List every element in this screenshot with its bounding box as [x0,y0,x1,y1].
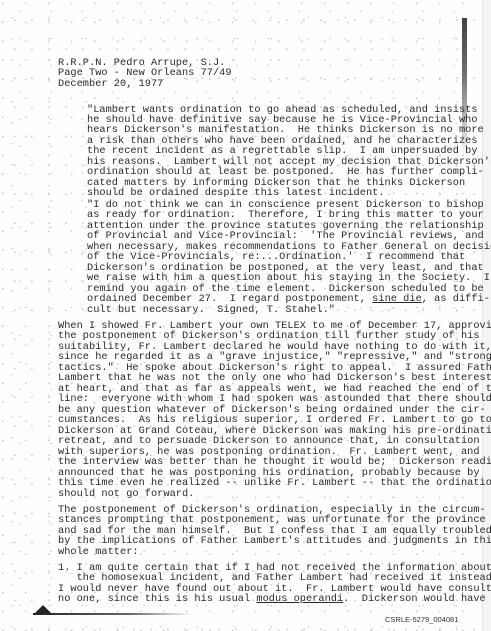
text-line: of the Vice-Provincials, re:...Ordinatio… [87,252,465,263]
text-line: whole matter: [58,547,139,558]
text-line: by the implications of Father Lambert's … [58,536,491,547]
text-line: hears Dickerson's manifestation. He thin… [87,125,484,136]
text-line: the recent incident as a regrettable sli… [87,146,478,157]
text-line: line: everyone with whom I had spoken wa… [58,394,491,405]
document-page: R.R.P.N. Pedro Arrupe, S.J. Page Two - N… [0,0,491,631]
text-line: the interview was better than he thought… [58,457,491,468]
text-line: retreat, and to persuade Dickerson to an… [58,436,480,447]
underlined-latin-phrase: sine die [372,293,422,305]
text-line: should be ordained despite this latest i… [87,188,385,199]
text-line: we raise with him a question about his s… [87,273,490,284]
text-line: stances prompting that postponement, was… [58,515,486,526]
header-date: December 20, 1977 [58,79,163,90]
text-line: since he regarded it as a "grave injusti… [58,352,491,363]
text-line: the homosexual incident, and Father Lamb… [58,573,491,584]
bates-number: CSRLE-5279_004081 [385,615,458,624]
underlined-latin-phrase: modus operandi [256,593,343,605]
text-segment: , as diffi- [422,293,490,305]
text-line: ordination should at least be postponed.… [87,167,484,178]
scan-smudge [33,605,193,615]
text-line: no one, since this is his usual modus op… [58,594,486,605]
text-line: the postponement of Dickerson's ordinati… [58,331,480,342]
text-line: cult but necessary. Signed, T. Stahel." [87,305,335,316]
header-page: Page Two - New Orleans 77/49 [58,68,232,79]
text-segment: . Dickerson would have [343,593,486,605]
text-line: as ready for ordination. Therefore, I br… [87,210,484,221]
text-line: ordained December 27. I regard postponem… [87,294,490,305]
text-line: of Provincial and Vice-Provincial: 'The … [87,231,484,242]
text-line: should not go forward. [58,489,194,500]
text-segment: no one, since this is his usual [58,593,256,605]
text-line: Lambert that he was not the only one who… [58,373,491,384]
text-line: this time even he realized -- unlike Fr.… [58,478,491,489]
scan-smudge-line [33,613,193,615]
text-line: cumstances. As his religious superior, I… [58,415,491,426]
